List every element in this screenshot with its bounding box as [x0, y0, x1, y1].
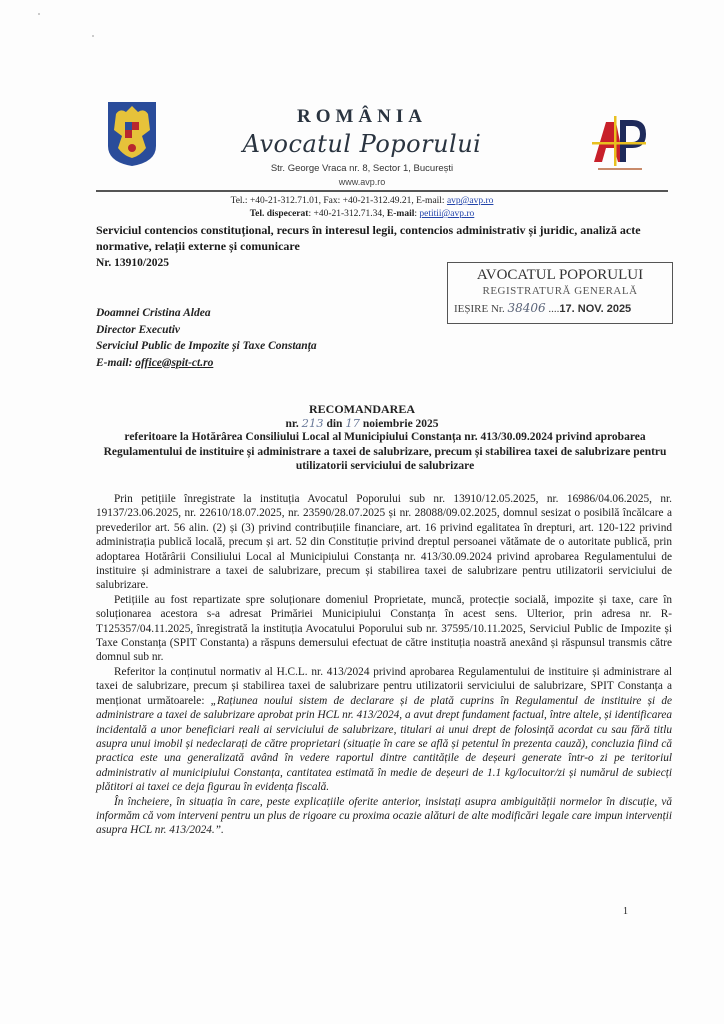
header-website[interactable]: www.avp.ro [0, 177, 724, 187]
page-number: 1 [623, 906, 628, 917]
paragraph-4: În încheiere, în situația în care, peste… [96, 795, 672, 838]
recipient-email-link[interactable]: office@spit-ct.ro [135, 357, 213, 369]
paragraph-2: Petițiile au fost repartizate spre soluț… [96, 593, 672, 665]
petitions-email-link[interactable]: petitii@avp.ro [419, 209, 474, 219]
recommendation-number: 213 [302, 416, 324, 430]
contact-line-2: Tel. dispecerat: +40-21-312.71.34, E-mai… [0, 209, 724, 219]
recipient-organization: Serviciul Public de Impozite și Taxe Con… [96, 338, 317, 355]
stamp-exit-line: IEȘIRE Nr. 38406 ....17. NOV. 2025 [454, 301, 631, 315]
stamp-label: IEȘIRE Nr. [454, 303, 507, 315]
scan-artifact [92, 35, 94, 37]
header-institution: Avocatul Poporului [0, 130, 724, 158]
stamp-title: AVOCATUL POPORULUI [448, 267, 672, 284]
recommendation-day: 17 [345, 416, 360, 430]
header-address: Str. George Vraca nr. 8, Sector 1, Bucur… [0, 163, 724, 174]
stamp-subtitle: REGISTRATURĂ GENERALĂ [448, 285, 672, 297]
dispatch-phone: : +40-21-312.71.34, [308, 209, 386, 219]
dispatch-email-label: E-mail [387, 209, 414, 219]
recommendation-number-line: nr. 213 din 17 noiembrie 2025 [0, 416, 724, 430]
registration-number: Nr. 13910/2025 [96, 257, 169, 269]
recipient-email-line: E-mail: office@spit-ct.ro [96, 355, 317, 372]
letter-body: Prin petițiile înregistrate la instituți… [96, 492, 672, 838]
recipient-block: Doamnei Cristina Aldea Director Executiv… [96, 305, 317, 371]
registry-stamp: AVOCATUL POPORULUI REGISTRATURĂ GENERALĂ… [447, 262, 673, 324]
stamp-number: 38406 [507, 301, 545, 315]
recipient-role: Director Executiv [96, 322, 317, 339]
paragraph-3: Referitor la conținutul normativ al H.C.… [96, 665, 672, 795]
stamp-date: 17. NOV. 2025 [559, 303, 631, 315]
paragraph-1: Prin petițiile înregistrate la instituți… [96, 492, 672, 593]
recipient-name: Doamnei Cristina Aldea [96, 305, 317, 322]
spit-quote: „Rațiunea noului sistem de declarare și … [96, 695, 672, 793]
department-name: Serviciul contencios constituțional, rec… [96, 222, 696, 254]
document-page: ROMÂNIA Avocatul Poporului Str. George V… [0, 0, 724, 1024]
header-country: ROMÂNIA [0, 106, 724, 128]
header-divider [96, 190, 668, 192]
recommendation-subject: referitoare la Hotărârea Consiliului Loc… [96, 430, 674, 474]
dispatch-label: Tel. dispecerat [250, 209, 309, 219]
contact-email-link[interactable]: avp@avp.ro [447, 196, 493, 206]
scan-artifact [38, 13, 40, 15]
document-title: RECOMANDAREA [0, 402, 724, 417]
contact-phone-fax: Tel.: +40-21-312.71.01, Fax: +40-21-312.… [231, 196, 447, 206]
contact-line-1: Tel.: +40-21-312.71.01, Fax: +40-21-312.… [0, 196, 724, 206]
